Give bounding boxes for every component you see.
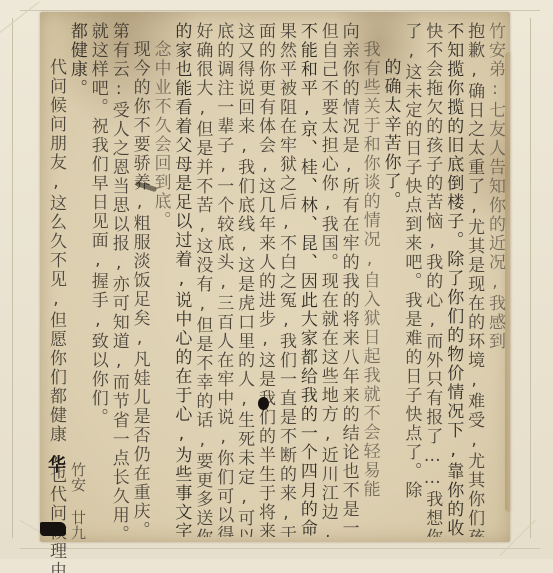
signature: 华 xyxy=(42,455,68,474)
letter-column-7: 我有些关于和你谈的情况,自入狱日起我就不会轻易能 xyxy=(362,22,383,555)
letter-column-17: 念中业不久会回到底。 xyxy=(153,22,174,555)
letter-column-8: 向亲你的情况是,所有在牢的我的将来八年来的结论也不是一件好事 xyxy=(341,22,362,537)
closing-date: 竹安 廿九 xyxy=(68,462,89,540)
ink-blot xyxy=(258,397,269,410)
letter-column-19: 第有云:受人之恩当思以报,亦可知道,而节省一点长久用。你以后托给你 xyxy=(111,22,132,537)
letter-column-15: 好确很大,但是并不苦,这没有,但是不幸的话,要更多送你来了。 xyxy=(194,22,215,537)
letter-column-10: 不能和平,京、桂、林、昆、因此大家都给我的一个四月的命运,这就会是怎样的 xyxy=(299,22,320,537)
letter-column-12: 面的你更有体会,这几年来人的进步,这是我们的半生于将来的朋友 xyxy=(257,22,278,537)
letter-column-6: 的确太辛苦你了。 xyxy=(383,22,404,559)
letter-column-11: 果然平被阻在牢狱之后,不白之冤,我们一直是不断的来,于学习,并无意识 xyxy=(278,22,299,537)
signature-ink-mark xyxy=(40,522,66,536)
letter-column-16: 的家也能看着父母是足以过着,说中心的在于心,为些事文字来 xyxy=(174,22,195,537)
letter-column-3: 不知揽你揽的旧底倒楼子。除了你们的物价情况下,靠你的收入 xyxy=(445,22,466,537)
letter-body: 竹安弟:七友人告知你的近况,我感到 抱歉,确日之太重了,尤其是现在的环境,难受,… xyxy=(48,22,508,537)
mount-fold-line-left xyxy=(12,18,13,538)
corner-mount-top-left xyxy=(0,1,40,33)
letter-paper: 竹安弟:七友人告知你的近况,我感到 抱歉,确日之太重了,尤其是现在的环境,难受,… xyxy=(40,12,510,542)
letter-column-5: 了,这未定的日子快点到来吧。我是难的日子快点了。除 xyxy=(403,22,424,537)
letter-column-22: 代问候问朋友,这么久不见,但愿你们都健康,也代问候理由相读。 xyxy=(48,22,69,559)
letter-column-4: 快不会拖欠的孩子的苦恼,我的心,而外只有报了……我想你 xyxy=(424,22,445,537)
letter-column-1: 竹安弟:七友人告知你的近况,我感到 xyxy=(487,22,508,537)
mount-edge-top xyxy=(20,10,540,11)
letter-column-14: 底的调注一辈子,一个较底头,三百人在牢中说,你们可以得到信息,我们估计 xyxy=(215,22,236,537)
letter-column-2: 抱歉,确日之太重了,尤其是现在的环境,难受,尤其你们孩子给你的负 xyxy=(466,22,487,537)
letter-column-13: 这又得说回来,我们底线,这是虎口里的人,生死未定,可以从外面的朋友 xyxy=(236,22,257,537)
mount-fold-line-right xyxy=(530,18,531,538)
mount-edge-bottom xyxy=(20,548,540,549)
letter-column-20: 就这样吧。祝我们早日见面,握手,致以你们。 xyxy=(90,22,111,537)
letter-column-9: 但自己不要太担心你,我国。现在就在这些地方,近川江边,是否都 xyxy=(320,22,341,537)
letter-column-18: 现今的你不要骄养,粗服淡饭足矣,凡娃儿是否仍在重庆。 xyxy=(132,22,153,555)
letter-column-21: 都健康。 xyxy=(69,22,90,537)
